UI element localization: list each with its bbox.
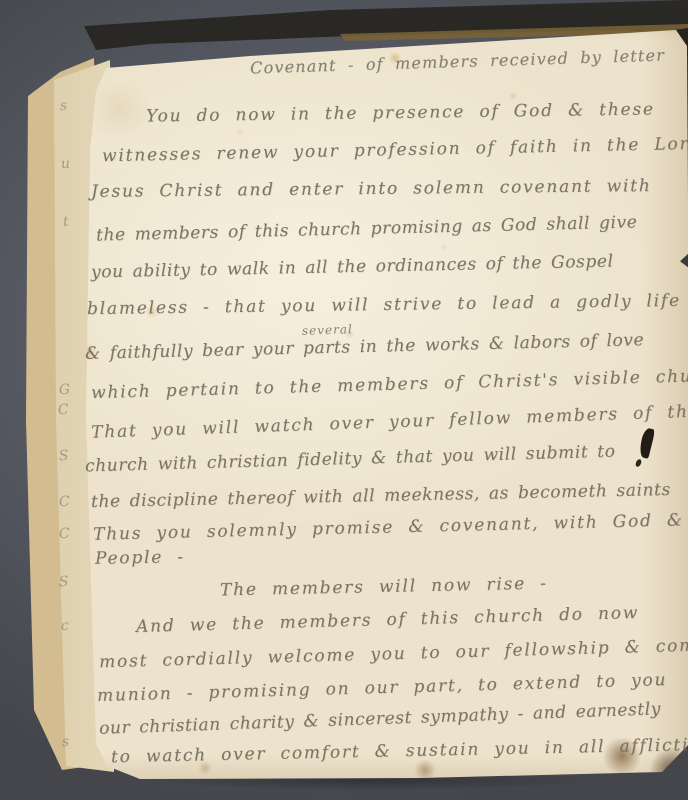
manuscript-line: That you will watch over your fellow mem…	[91, 401, 688, 442]
manuscript-line: to watch over comfort & sustain you in a…	[111, 735, 688, 768]
manuscript-line: most cordially welcome you to our fellow…	[99, 636, 688, 673]
under-page-text-fragment: s	[59, 98, 67, 114]
under-page-text-fragment: c	[60, 618, 69, 635]
inserted-word: several	[302, 322, 353, 338]
under-page-text-fragment: C	[58, 526, 70, 543]
manuscript-line: You do now in the presence of God & thes…	[146, 99, 655, 126]
manuscript-line: And we the members of this church do now	[136, 603, 640, 637]
manuscript-line: blameless - that you will strive to lead…	[87, 291, 681, 319]
ink-blot	[638, 427, 656, 459]
under-page-text-fragment: S	[58, 574, 69, 591]
manuscript-line: People -	[95, 547, 185, 569]
manuscript-line: Jesus Christ and enter into solemn coven…	[91, 176, 652, 202]
book-photo: s u t G C S C C S c s Covenant - of memb…	[0, 0, 688, 800]
book-shadow	[70, 768, 670, 798]
manuscript-line: church with christian fidelity & that yo…	[85, 442, 616, 477]
under-page-text-fragment: u	[60, 156, 70, 173]
ink-blot-tail	[635, 458, 643, 467]
manuscript-line: witnesses renew your profession of faith…	[102, 134, 688, 167]
manuscript-line: which pertain to the members of Christ's…	[91, 365, 688, 403]
page-edge-tear	[680, 253, 688, 268]
manuscript-line: the discipline thereof with all meekness…	[91, 480, 671, 512]
manuscript-line: you ability to walk in all the ordinance…	[91, 252, 614, 283]
under-page-text-fragment: S	[58, 448, 69, 465]
under-page-text-fragment: G	[58, 382, 70, 399]
manuscript-title: Covenant - of members received by letter	[250, 45, 665, 77]
manuscript-line: & faithfully bear your parts in the work…	[85, 330, 645, 364]
under-page-text-fragment: C	[57, 402, 69, 419]
manuscript-line: The members will now rise -	[220, 574, 548, 601]
manuscript-line: the members of this church promising as …	[96, 212, 638, 245]
manuscript-line: munion - promising on our part, to exten…	[97, 670, 668, 706]
under-page-text-fragment: s	[61, 734, 69, 750]
manuscript-line: our christian charity & sincerest sympat…	[99, 699, 661, 739]
under-page-text-fragment: t	[62, 214, 69, 230]
under-page-text-fragment: C	[58, 494, 70, 511]
manuscript-line: Thus you solemnly promise & covenant, wi…	[93, 509, 688, 545]
